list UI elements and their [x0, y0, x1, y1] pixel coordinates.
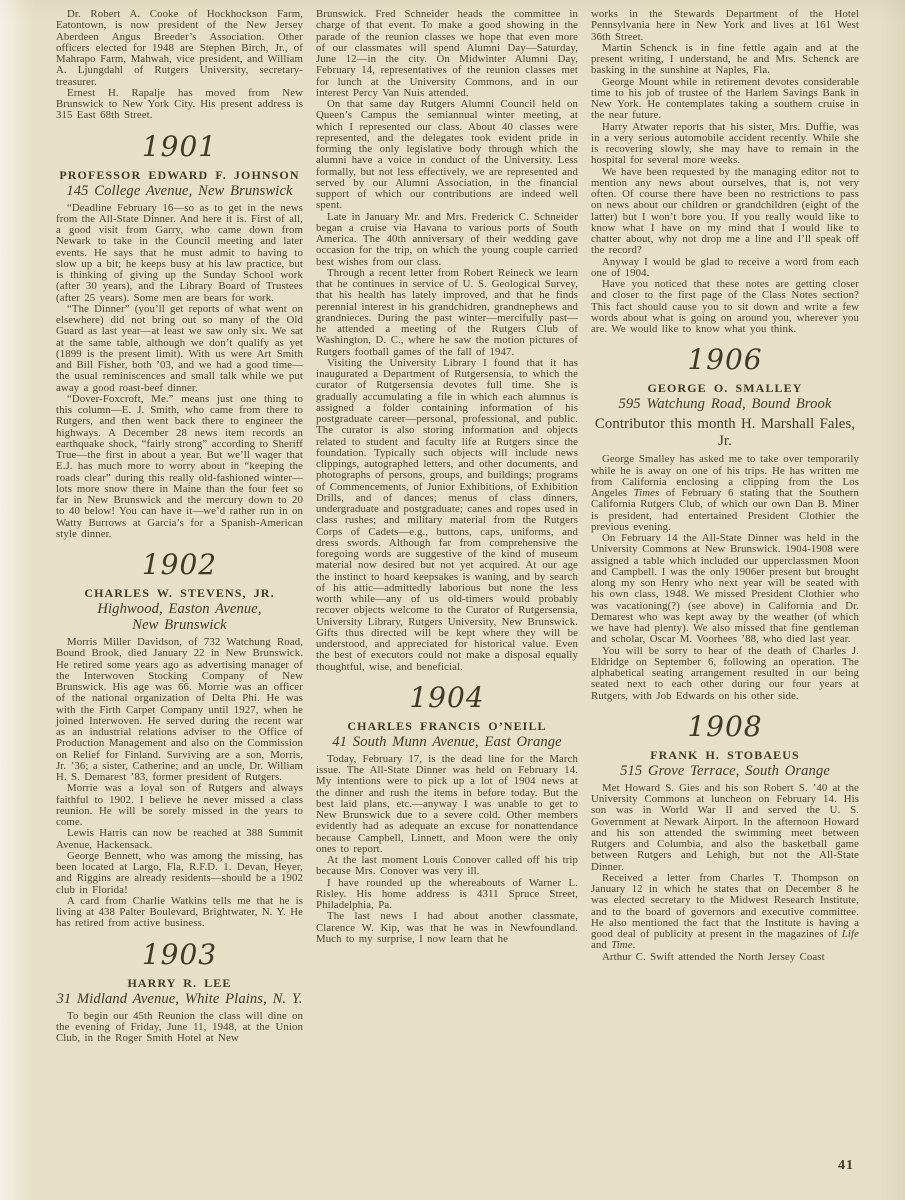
page-column-3: works in the Stewards Department of the … — [591, 9, 859, 1044]
paragraph: On February 14 the All-State Dinner was … — [591, 533, 859, 646]
class-secretary-address: 145 College Avenue, New Brunswick — [56, 183, 303, 199]
paragraph: “Deadline February 16—so as to get in th… — [56, 203, 303, 304]
class-secretary-name: CHARLES W. STEVENS, JR. — [56, 586, 303, 600]
paragraph: Dr. Robert A. Cooke of Hockhockson Farm,… — [56, 9, 303, 88]
paragraph: Have you noticed that these notes are ge… — [591, 279, 859, 335]
page-number: 41 — [838, 1158, 854, 1174]
class-secretary-address: 31 Midland Avenue, White Plains, N. Y. — [56, 991, 303, 1007]
year-heading: 1903 — [56, 940, 303, 970]
paragraph: Late in January Mr. and Mrs. Frederick C… — [316, 212, 578, 268]
paragraph: Through a recent letter from Robert Rein… — [316, 268, 578, 358]
paragraph: works in the Stewards Department of the … — [591, 9, 859, 43]
class-secretary-name: FRANK H. STOBAEUS — [591, 748, 859, 762]
paragraph: Harry Atwater reports that his sister, M… — [591, 122, 859, 167]
class-secretary-name: HARRY R. LEE — [56, 976, 303, 990]
paragraph: Received a letter from Charles T. Thomps… — [591, 873, 859, 952]
class-secretary-address: 41 South Munn Avenue, East Orange — [316, 734, 578, 750]
paragraph: Visiting the University Library I found … — [316, 358, 578, 673]
paragraph: “The Dinner” (you’ll get reports of what… — [56, 304, 303, 394]
paragraph: To begin our 45th Reunion the class will… — [56, 1011, 303, 1045]
class-secretary-name: GEORGE O. SMALLEY — [591, 381, 859, 395]
paragraph: We have been requested by the managing e… — [591, 167, 859, 257]
paragraph: You will be sorry to hear of the death o… — [591, 646, 859, 702]
paragraph: Lewis Harris can now be reached at 388 S… — [56, 828, 303, 851]
class-secretary-address: 515 Grove Terrace, South Orange — [591, 763, 859, 779]
class-secretary-name: PROFESSOR EDWARD F. JOHNSON — [56, 168, 303, 182]
year-heading: 1906 — [591, 345, 859, 375]
paragraph: On that same day Rutgers Alumni Council … — [316, 99, 578, 212]
paragraph: Anyway I would be glad to receive a word… — [591, 257, 859, 280]
year-heading: 1902 — [56, 550, 303, 580]
paragraph: The last news I had about another classm… — [316, 911, 578, 945]
paragraph: George Smalley has asked me to take over… — [591, 454, 859, 533]
paragraph: George Mount while in retirement devotes… — [591, 77, 859, 122]
paragraph: Morris Miller Davidson, of 732 Watchung … — [56, 637, 303, 783]
paragraph: Ernest H. Rapalje has moved from New Bru… — [56, 88, 303, 122]
paragraph: A card from Charlie Watkins tells me tha… — [56, 896, 303, 930]
year-heading: 1901 — [56, 132, 303, 162]
magazine-page: Dr. Robert A. Cooke of Hockhockson Farm,… — [0, 0, 905, 1200]
columns: Dr. Robert A. Cooke of Hockhockson Farm,… — [56, 9, 861, 1044]
class-secretary-name: CHARLES FRANCIS O’NEILL — [316, 719, 578, 733]
paragraph: “Dover-Foxcroft, Me.” means just one thi… — [56, 394, 303, 540]
year-heading: 1904 — [316, 683, 578, 713]
class-secretary-address: Highwood, Easton Avenue, New Brunswick — [56, 601, 303, 633]
paragraph: I have rounded up the whereabouts of War… — [316, 878, 578, 912]
page-column-1: Dr. Robert A. Cooke of Hockhockson Farm,… — [56, 9, 303, 1044]
paragraph: George Bennett, who was among the missin… — [56, 851, 303, 896]
year-heading: 1908 — [591, 712, 859, 742]
paragraph: Met Howard S. Gies and his son Robert S.… — [591, 783, 859, 873]
paragraph: At the last moment Louis Conover called … — [316, 855, 578, 878]
paragraph: Arthur C. Swift attended the North Jerse… — [591, 952, 859, 963]
contributor-note: Contributor this month H. Marshall Fales… — [591, 416, 859, 449]
paragraph: Morrie was a loyal son of Rutgers and al… — [56, 783, 303, 828]
page-column-2: Brunswick. Fred Schneider heads the comm… — [316, 9, 578, 1044]
paragraph: Brunswick. Fred Schneider heads the comm… — [316, 9, 578, 99]
paragraph: Martin Schenck is in fine fettle again a… — [591, 43, 859, 77]
paragraph: Today, February 17, is the dead line for… — [316, 754, 578, 855]
class-secretary-address: 595 Watchung Road, Bound Brook — [591, 396, 859, 412]
